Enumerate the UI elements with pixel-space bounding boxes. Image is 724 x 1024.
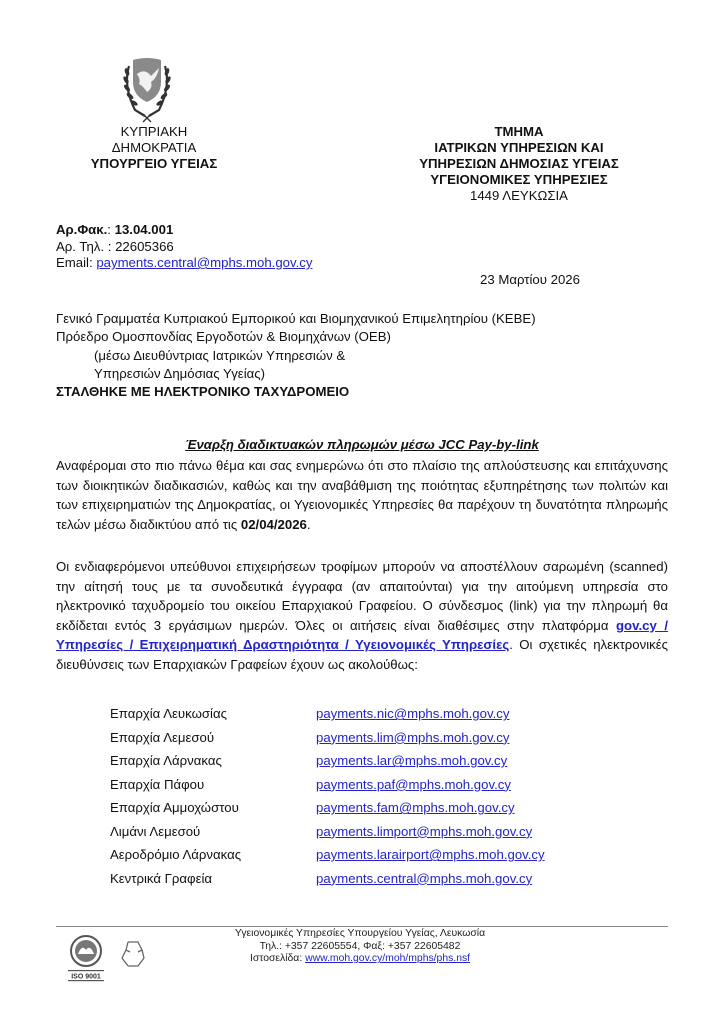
- office-email-link[interactable]: payments.paf@mphs.moh.gov.cy: [316, 777, 511, 792]
- iso-certification-icon: ISO 9001: [66, 934, 106, 984]
- website-label: Ιστοσελίδα:: [250, 953, 305, 964]
- office-name: Λιμάνι Λεμεσού: [110, 824, 316, 839]
- footer-line-2: Τηλ.: +357 22605554, Φαξ: +357 22605482: [160, 941, 560, 954]
- department-header: ΤΜΗΜΑ ΙΑΤΡΙΚΩΝ ΥΠΗΡΕΣΙΩΝ ΚΑΙ ΥΠΗΡΕΣΙΩΝ Δ…: [388, 124, 650, 204]
- header-left-line-3: ΥΠΟΥΡΓΕΙΟ ΥΓΕΙΑΣ: [80, 156, 228, 172]
- office-email-link[interactable]: payments.central@mphs.moh.gov.cy: [316, 871, 532, 886]
- office-row: Λιμάνι Λεμεσού payments.limport@mphs.moh…: [110, 820, 590, 844]
- email-label: Email:: [56, 255, 96, 270]
- office-row: Επαρχία Λευκωσίας payments.nic@mphs.moh.…: [110, 702, 590, 726]
- office-name: Επαρχία Αμμοχώστου: [110, 800, 316, 815]
- file-number-value: 13.04.001: [115, 222, 174, 237]
- telephone-value: 22605366: [115, 239, 174, 254]
- subject-heading: Έναρξη διαδικτυακών πληρωμών μέσω JCC Pa…: [56, 437, 668, 452]
- email: Email: payments.central@mphs.moh.gov.cy: [56, 255, 312, 272]
- recipients-block: Γενικό Γραμματέα Κυπριακού Εμπορικού και…: [56, 310, 536, 401]
- recipient-line-4: Υπηρεσιών Δημόσιας Υγείας): [56, 365, 536, 383]
- telephone-label: Αρ. Τηλ. :: [56, 239, 115, 254]
- footer-contact: Υγειονομικές Υπηρεσίες Υπουργείου Υγείας…: [160, 928, 560, 966]
- reference-block: Αρ.Φακ.: 13.04.001 Αρ. Τηλ. : 22605366 E…: [56, 222, 312, 272]
- file-number: Αρ.Φακ.: 13.04.001: [56, 222, 312, 239]
- telephone: Αρ. Τηλ. : 22605366: [56, 239, 312, 256]
- footer-line-1: Υγειονομικές Υπηρεσίες Υπουργείου Υγείας…: [160, 928, 560, 941]
- email-link[interactable]: payments.central@mphs.moh.gov.cy: [96, 255, 312, 270]
- header-right-line-4: ΥΓΕΙΟΝΟΜΙΚΕΣ ΥΠΗΡΕΣΙΕΣ: [388, 172, 650, 188]
- file-number-sep: :: [107, 222, 114, 237]
- office-row: Επαρχία Λάρνακας payments.lar@mphs.moh.g…: [110, 749, 590, 773]
- recipient-line-2: Πρόεδρο Ομοσπονδίας Εργοδοτών & Βιομηχάν…: [56, 328, 536, 346]
- iso-label: ISO 9001: [71, 974, 101, 981]
- office-name: Επαρχία Πάφου: [110, 777, 316, 792]
- offices-list: Επαρχία Λευκωσίας payments.nic@mphs.moh.…: [110, 702, 590, 890]
- office-row: Κεντρικά Γραφεία payments.central@mphs.m…: [110, 867, 590, 891]
- paragraph-2-text: Οι ενδιαφερόμενοι υπεύθυνοι επιχειρήσεων…: [56, 559, 668, 633]
- office-name: Επαρχία Λεμεσού: [110, 730, 316, 745]
- office-name: Αεροδρόμιο Λάρνακας: [110, 847, 316, 862]
- recipient-line-1: Γενικό Γραμματέα Κυπριακού Εμπορικού και…: [56, 310, 536, 328]
- ministry-header: ΚΥΠΡΙΑΚΗ ΔΗΜΟΚΡΑΤΙΑ ΥΠΟΥΡΓΕΙΟ ΥΓΕΙΑΣ: [80, 124, 228, 172]
- footer-divider: [56, 926, 668, 927]
- office-row: Επαρχία Αμμοχώστου payments.fam@mphs.moh…: [110, 796, 590, 820]
- office-name: Επαρχία Λευκωσίας: [110, 706, 316, 721]
- office-email-link[interactable]: payments.lim@mphs.moh.gov.cy: [316, 730, 509, 745]
- office-name: Κεντρικά Γραφεία: [110, 871, 316, 886]
- letter-date: 23 Μαρτίου 2026: [480, 272, 580, 287]
- footer-line-3: Ιστοσελίδα: www.moh.gov.cy/moh/mphs/phs.…: [160, 953, 560, 966]
- office-email-link[interactable]: payments.nic@mphs.moh.gov.cy: [316, 706, 509, 721]
- header-left-line-1: ΚΥΠΡΙΑΚΗ: [80, 124, 228, 140]
- delivery-method: ΣΤΑΛΘΗΚΕ ΜΕ ΗΛΕΚΤΡΟΝΙΚΟ ΤΑΧΥΔΡΟΜΕΙΟ: [56, 383, 536, 401]
- office-email-link[interactable]: payments.lar@mphs.moh.gov.cy: [316, 753, 507, 768]
- office-email-link[interactable]: payments.larairport@mphs.moh.gov.cy: [316, 847, 545, 862]
- file-number-label: Αρ.Φακ.: [56, 222, 107, 237]
- office-row: Επαρχία Λεμεσού payments.lim@mphs.moh.go…: [110, 726, 590, 750]
- cyprus-coat-of-arms-icon: [117, 56, 177, 124]
- header-right-line-3: ΥΠΗΡΕΣΙΩΝ ΔΗΜΟΣΙΑΣ ΥΓΕΙΑΣ: [388, 156, 650, 172]
- header-right-line-1: ΤΜΗΜΑ: [388, 124, 650, 140]
- office-name: Επαρχία Λάρνακας: [110, 753, 316, 768]
- office-row: Αεροδρόμιο Λάρνακας payments.larairport@…: [110, 843, 590, 867]
- header-left-line-2: ΔΗΜΟΚΡΑΤΙΑ: [80, 140, 228, 156]
- header-right-line-5: 1449 ΛΕΥΚΩΣΙΑ: [388, 188, 650, 204]
- paragraph-1-end: .: [307, 517, 311, 532]
- paragraph-1: Αναφέρομαι στο πιο πάνω θέμα και σας ενη…: [56, 456, 668, 534]
- start-date: 02/04/2026: [241, 517, 307, 532]
- recycle-icon: [118, 938, 148, 970]
- office-email-link[interactable]: payments.limport@mphs.moh.gov.cy: [316, 824, 532, 839]
- website-link[interactable]: www.moh.gov.cy/moh/mphs/phs.nsf: [305, 953, 470, 964]
- office-email-link[interactable]: payments.fam@mphs.moh.gov.cy: [316, 800, 515, 815]
- header-right-line-2: ΙΑΤΡΙΚΩΝ ΥΠΗΡΕΣΙΩΝ ΚΑΙ: [388, 140, 650, 156]
- paragraph-2: Οι ενδιαφερόμενοι υπεύθυνοι επιχειρήσεων…: [56, 557, 668, 675]
- recipient-line-3: (μέσω Διευθύντριας Ιατρικών Υπηρεσιών &: [56, 347, 536, 365]
- paragraph-1-text: Αναφέρομαι στο πιο πάνω θέμα και σας ενη…: [56, 458, 668, 532]
- office-row: Επαρχία Πάφου payments.paf@mphs.moh.gov.…: [110, 773, 590, 797]
